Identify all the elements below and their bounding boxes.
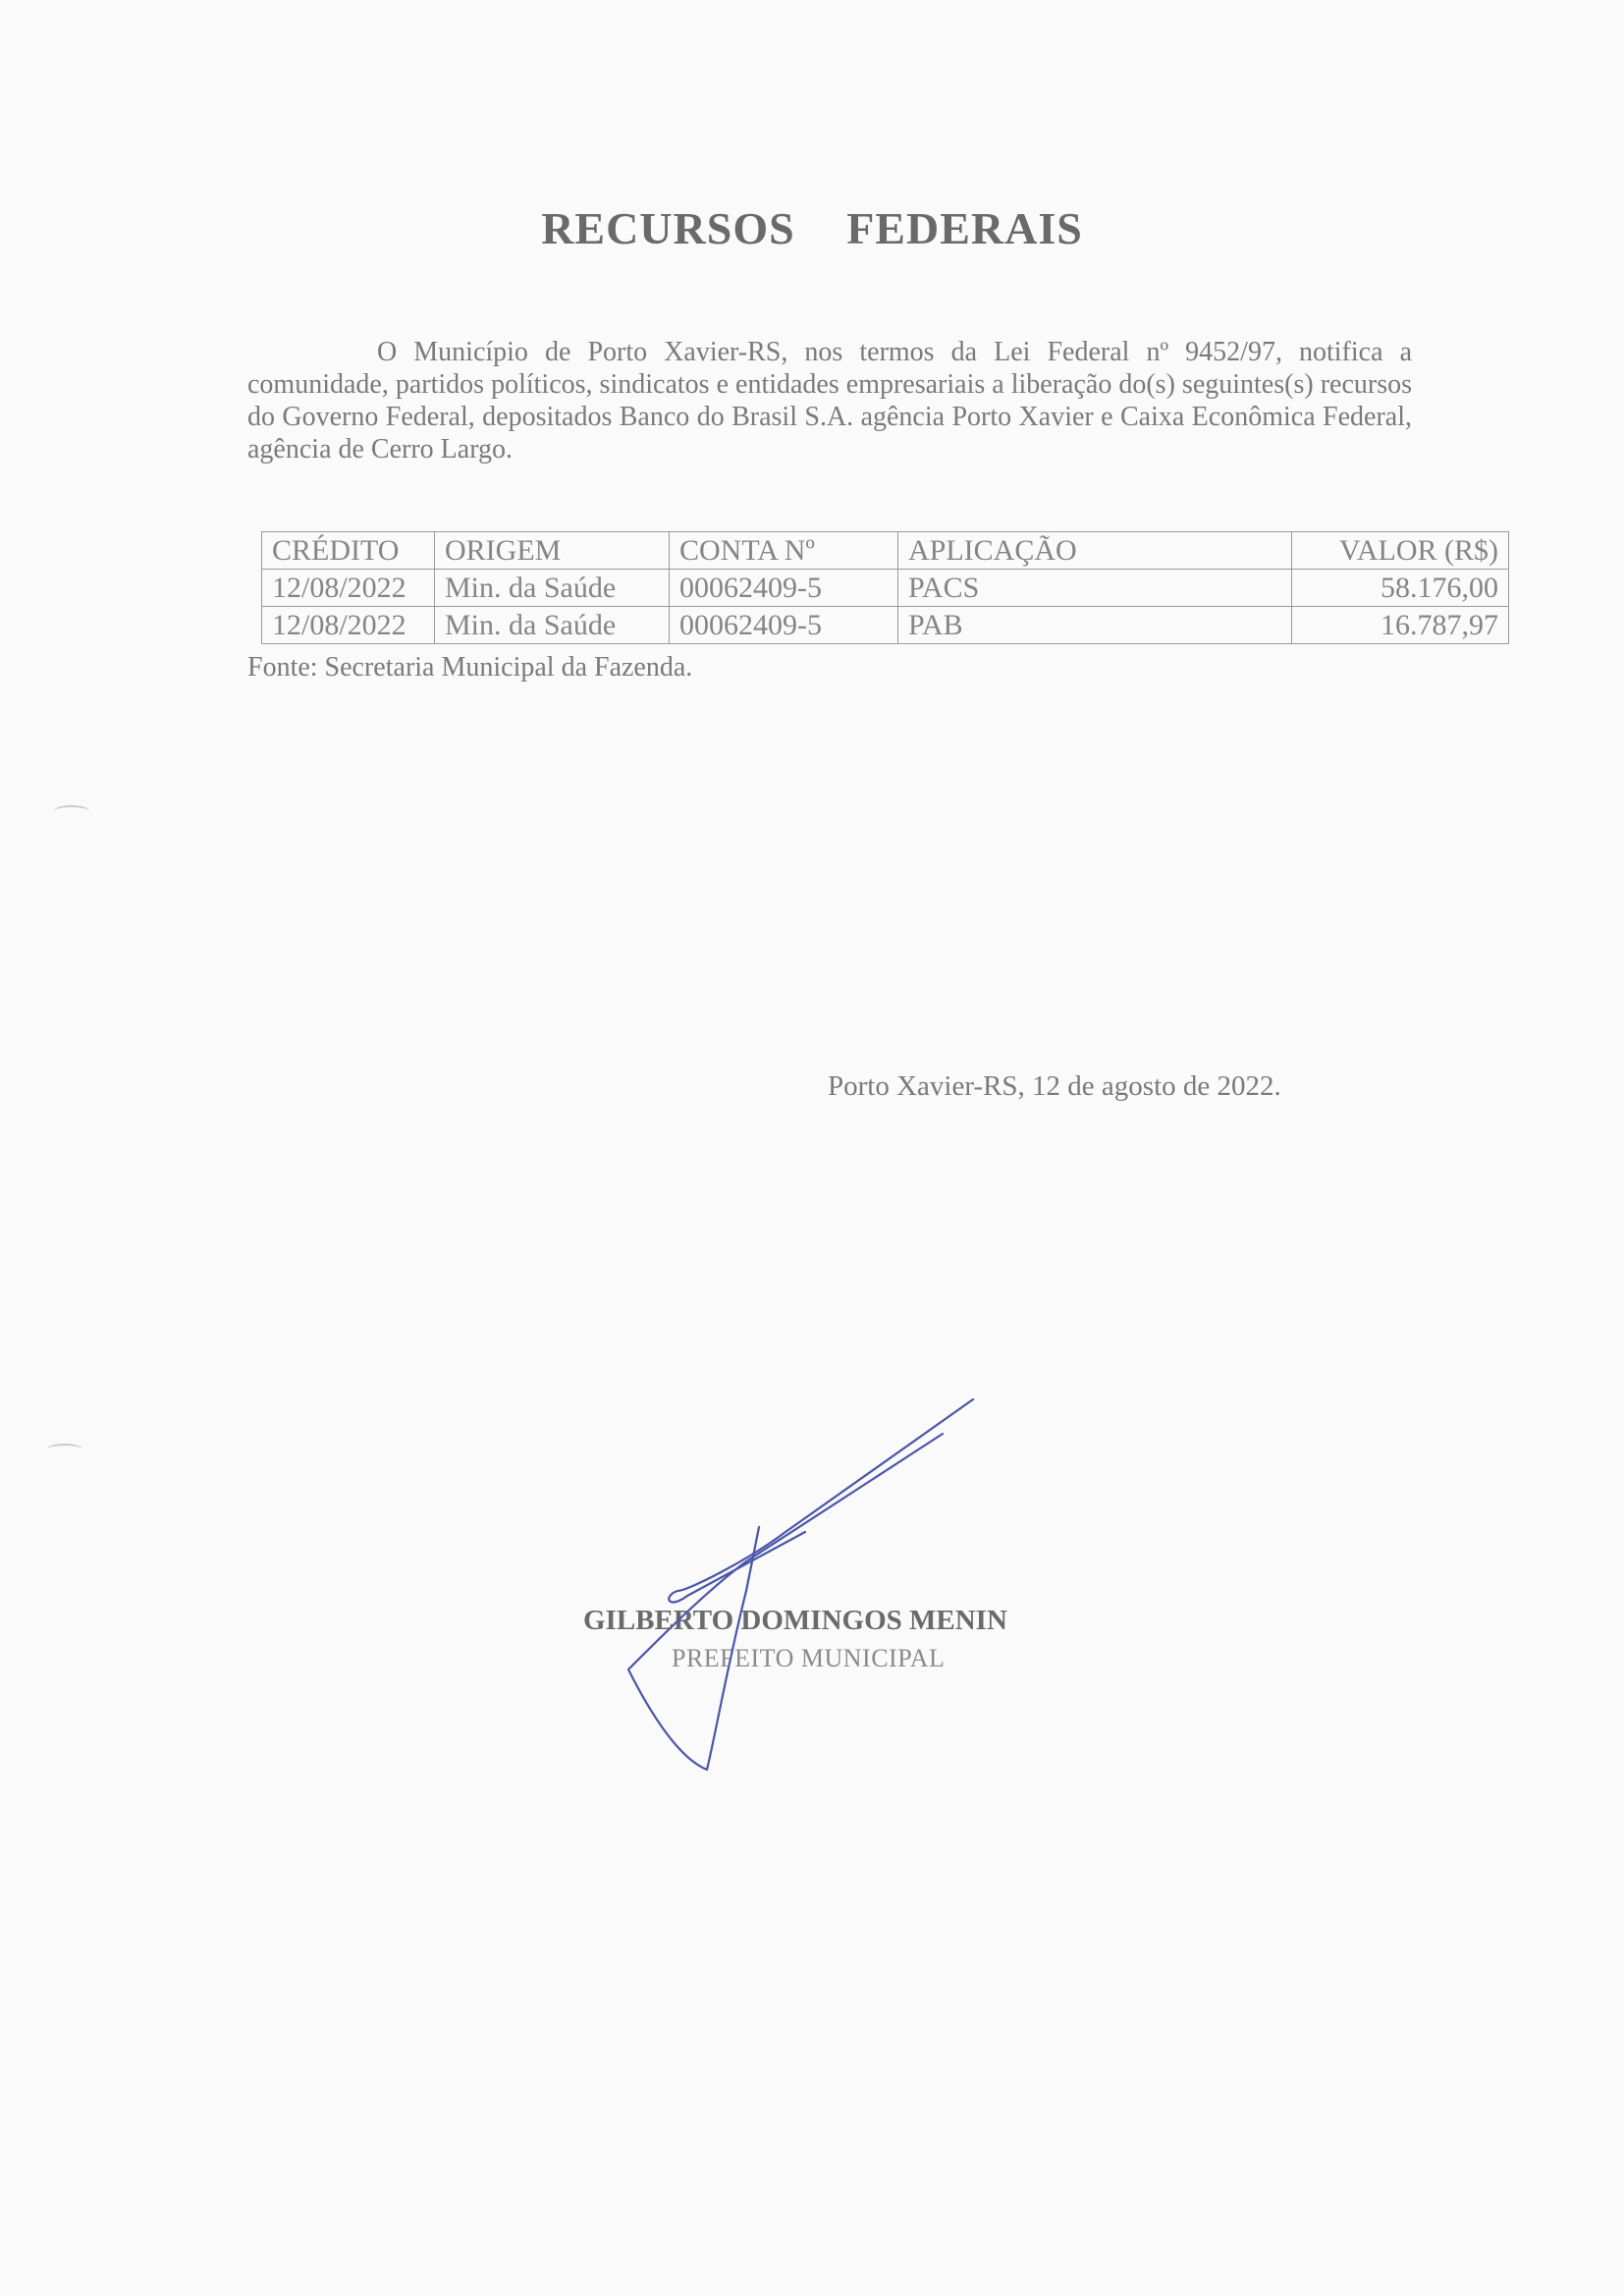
- signatory-name: GILBERTO DOMINGOS MENIN: [583, 1605, 1007, 1637]
- document-title: RECURSOS FEDERAIS: [0, 202, 1624, 254]
- table-row: 12/08/2022 Min. da Saúde 00062409-5 PACS…: [262, 570, 1509, 607]
- cell-valor: 58.176,00: [1292, 570, 1509, 607]
- resources-table: CRÉDITO ORIGEM CONTA Nº APLICAÇÃO VALOR …: [261, 531, 1509, 644]
- punch-hole-mark: [54, 805, 89, 817]
- header-valor: VALOR (R$): [1292, 532, 1509, 570]
- source-note: Fonte: Secretaria Municipal da Fazenda.: [247, 652, 692, 683]
- cell-aplicacao: PAB: [898, 607, 1292, 644]
- cell-conta: 00062409-5: [670, 607, 898, 644]
- table-row: 12/08/2022 Min. da Saúde 00062409-5 PAB …: [262, 607, 1509, 644]
- header-aplicacao: APLICAÇÃO: [898, 532, 1292, 570]
- cell-conta: 00062409-5: [670, 570, 898, 607]
- table-header-row: CRÉDITO ORIGEM CONTA Nº APLICAÇÃO VALOR …: [262, 532, 1509, 570]
- cell-valor: 16.787,97: [1292, 607, 1509, 644]
- cell-origem: Min. da Saúde: [435, 570, 670, 607]
- header-origem: ORIGEM: [435, 532, 670, 570]
- place-date: Porto Xavier-RS, 12 de agosto de 2022.: [828, 1070, 1281, 1103]
- header-credito: CRÉDITO: [262, 532, 435, 570]
- signatory-role: PREFEITO MUNICIPAL: [672, 1644, 945, 1673]
- cell-credito: 12/08/2022: [262, 570, 435, 607]
- cell-credito: 12/08/2022: [262, 607, 435, 644]
- cell-origem: Min. da Saúde: [435, 607, 670, 644]
- header-conta: CONTA Nº: [670, 532, 898, 570]
- notice-paragraph: O Município de Porto Xavier-RS, nos term…: [247, 336, 1412, 465]
- notice-text: O Município de Porto Xavier-RS, nos term…: [247, 337, 1412, 465]
- cell-aplicacao: PACS: [898, 570, 1292, 607]
- punch-hole-mark: [47, 1444, 82, 1455]
